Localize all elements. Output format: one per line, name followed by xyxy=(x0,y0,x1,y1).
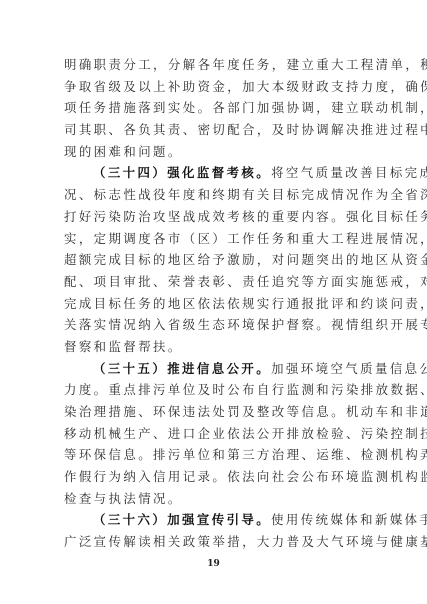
text-line: 实，定期调度各市（区）工作任务和重大工程进展情况，对 xyxy=(64,228,364,250)
text-line: 项任务措施落到实处。各部门加强协调，建立联动机制，各 xyxy=(64,97,364,119)
paragraph-36: （三十六）加强宣传引导。使用传统媒体和新媒体手段， 广泛宣传解读相关政策举措，大… xyxy=(64,509,364,552)
document-page: 明确职责分工，分解各年度任务，建立重大工程清单，积极 争取省级及以上补助资金，加… xyxy=(0,0,427,604)
text-line: 明确职责分工，分解各年度任务，建立重大工程清单，积极 xyxy=(64,54,364,76)
text-run: 加强环境空气质量信息公开 xyxy=(271,361,427,376)
text-line: 等环保信息。排污单位和第三方治理、运维、检测机构弄虚 xyxy=(64,444,364,466)
text-line: 争取省级及以上补助资金，加大本级财政支持力度，确保各 xyxy=(64,76,364,98)
section-heading: （三十五）推进信息公开。 xyxy=(93,361,271,376)
text-line: 染治理措施、环保违法处罚及整改等信息。机动车和非道路 xyxy=(64,401,364,423)
text-line: 作假行为纳入信用记录。依法向社会公布环境监测机构监督 xyxy=(64,466,364,488)
text-line: （三十四）强化监督考核。将空气质量改善目标完成情 xyxy=(64,162,364,184)
text-line: 移动机械生产、进口企业依法公开排放检验、污染控制技术 xyxy=(64,423,364,445)
paragraph-continuation: 明确职责分工，分解各年度任务，建立重大工程清单，积极 争取省级及以上补助资金，加… xyxy=(64,54,364,162)
body-text: 明确职责分工，分解各年度任务，建立重大工程清单，积极 争取省级及以上补助资金，加… xyxy=(64,54,364,553)
section-heading: （三十六）加强宣传引导。 xyxy=(93,512,271,527)
text-line: （三十六）加强宣传引导。使用传统媒体和新媒体手段， xyxy=(64,509,364,531)
text-line: 况、标志性战役年度和终期有关目标完成情况作为全省深入 xyxy=(64,184,364,206)
text-line: 督察和监督帮扶。 xyxy=(64,336,364,358)
paragraph-35: （三十五）推进信息公开。加强环境空气质量信息公开 力度。重点排污单位及时公布自行… xyxy=(64,358,364,510)
text-line: 打好污染防治攻坚战成效考核的重要内容。强化目标任务落 xyxy=(64,206,364,228)
page-number: 19 xyxy=(0,559,427,569)
text-line: 司其职、各负其责、密切配合，及时协调解决推进过程中出 xyxy=(64,119,364,141)
text-line: 检查与执法情况。 xyxy=(64,488,364,510)
text-line: 力度。重点排污单位及时公布自行监测和污染排放数据、污 xyxy=(64,379,364,401)
section-heading: （三十四）强化监督考核。 xyxy=(93,165,271,180)
text-line: 广泛宣传解读相关政策举措，大力普及大气环境与健康基本 xyxy=(64,531,364,553)
text-line: 现的困难和问题。 xyxy=(64,141,364,163)
text-line: 配、项目审批、荣誉表彰、责任追究等方面实施惩戒，对未 xyxy=(64,271,364,293)
text-line: （三十五）推进信息公开。加强环境空气质量信息公开 xyxy=(64,358,364,380)
text-run: 将空气质量改善目标完成情 xyxy=(271,165,427,180)
paragraph-34: （三十四）强化监督考核。将空气质量改善目标完成情 况、标志性战役年度和终期有关目… xyxy=(64,162,364,357)
text-run: 使用传统媒体和新媒体手段， xyxy=(271,512,427,527)
text-line: 关落实情况纳入省级生态环境保护督察。视情组织开展专项 xyxy=(64,314,364,336)
text-line: 完成目标任务的地区依法依规实行通报批评和约谈问责，有 xyxy=(64,293,364,315)
text-line: 超额完成目标的地区给予激励，对问题突出的地区从资金分 xyxy=(64,249,364,271)
